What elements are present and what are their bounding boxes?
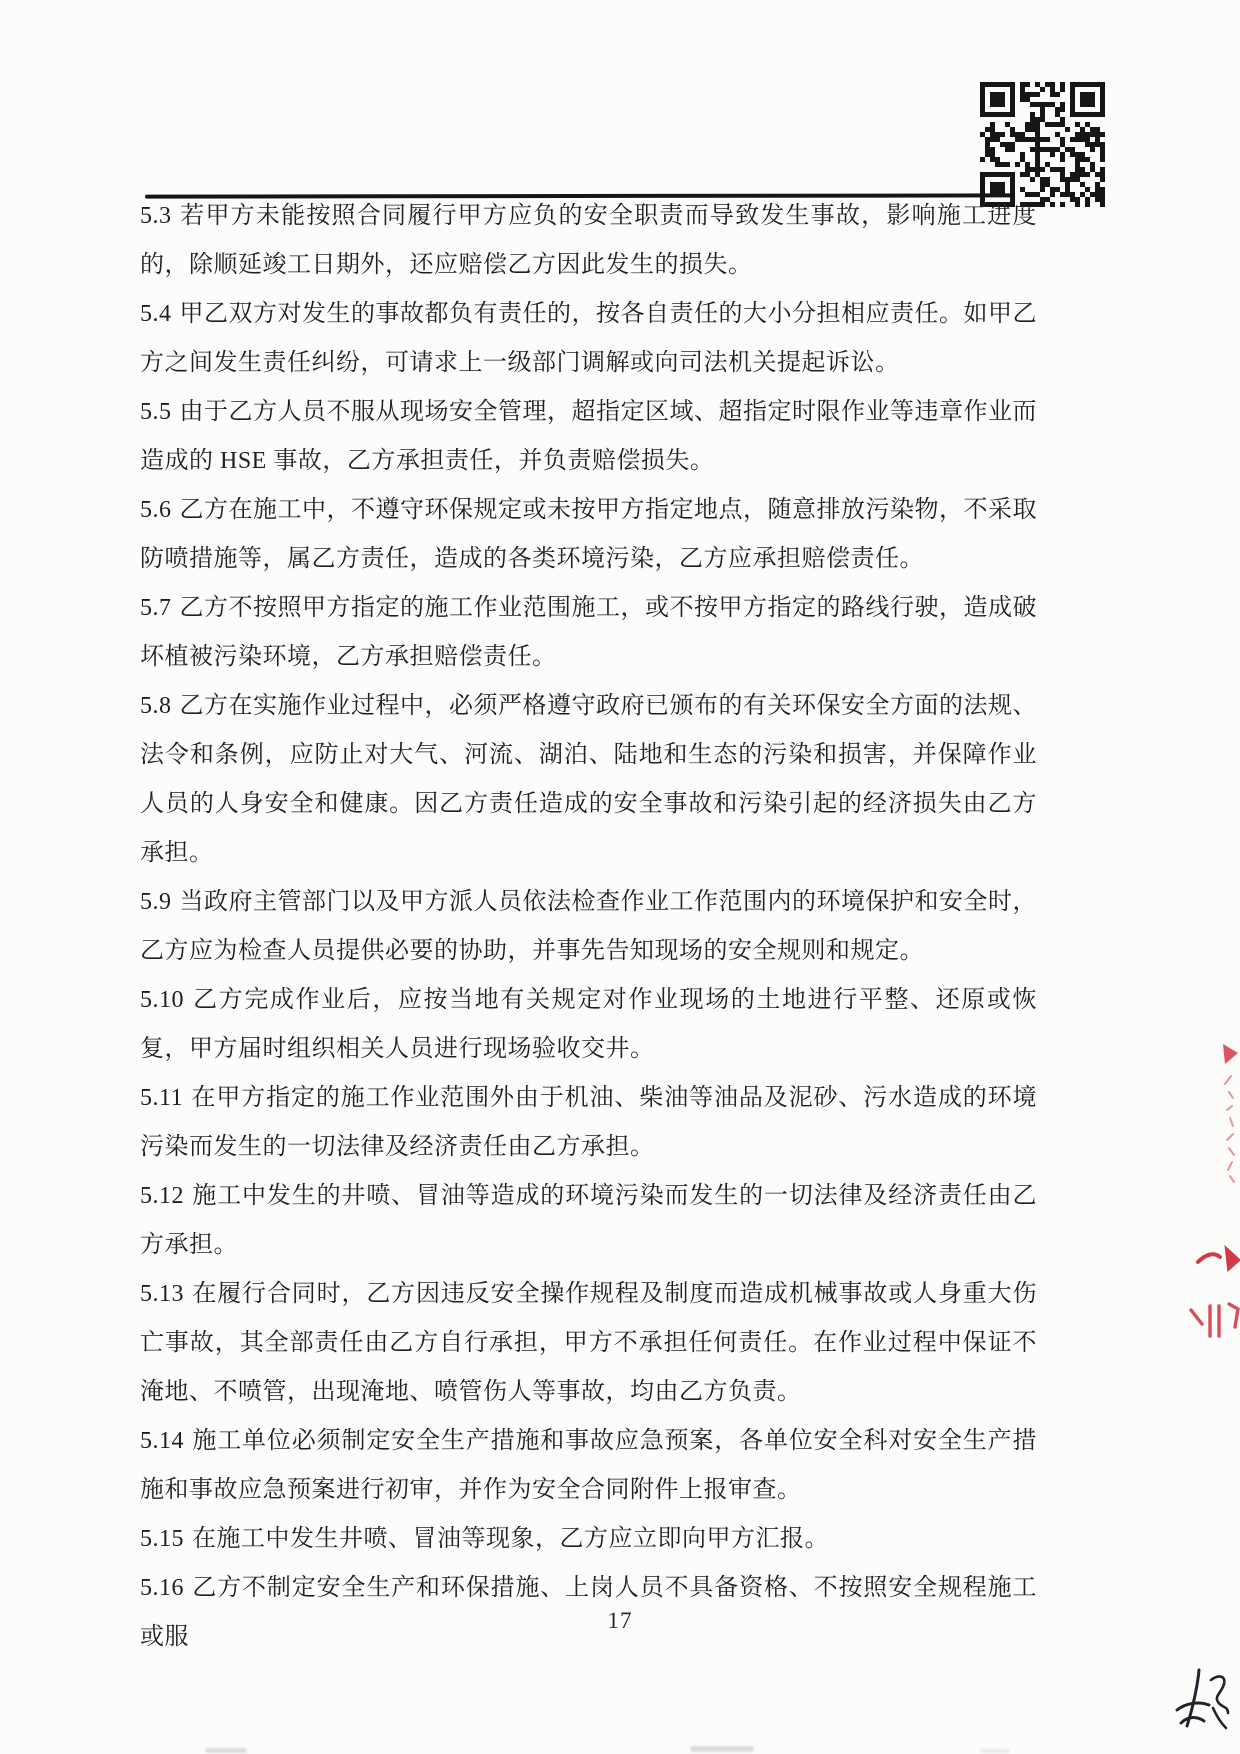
clause-paragraph: 5.11在甲方指定的施工作业范围外由于机油、柴油等油品及泥砂、污水造成的环境污染…	[140, 1074, 1037, 1172]
clause-number: 5.11	[140, 1085, 191, 1111]
clause-number: 5.4	[140, 301, 180, 327]
clause-paragraph: 5.7乙方不按照甲方指定的施工作业范围施工，或不按甲方指定的路线行驶，造成破坏植…	[140, 584, 1037, 682]
clause-paragraph: 5.9当政府主管部门以及甲方派人员依法检查作业工作范围内的环境保护和安全时，乙方…	[140, 878, 1037, 976]
clause-number: 5.8	[140, 693, 180, 719]
qr-code-icon	[980, 82, 1105, 207]
clause-number: 5.10	[140, 987, 192, 1013]
clause-number: 5.5	[140, 399, 180, 425]
scan-smudge	[980, 1749, 1010, 1753]
clause-paragraph: 5.14施工单位必须制定安全生产措施和事故应急预案，各单位安全科对安全生产措施和…	[140, 1417, 1037, 1515]
clause-number: 5.7	[140, 595, 180, 621]
clause-paragraph: 5.10乙方完成作业后，应按当地有关规定对作业现场的土地进行平整、还原或恢复，甲…	[140, 976, 1037, 1074]
clause-paragraph: 5.4甲乙双方对发生的事故都负有责任的，按各自责任的大小分担相应责任。如甲乙方之…	[140, 290, 1037, 388]
scan-smudge	[690, 1746, 754, 1752]
clause-paragraph: 5.3若甲方未能按照合同履行甲方应负的安全职责而导致发生事故，影响施工进度的，除…	[140, 192, 1037, 290]
clause-paragraph: 5.5由于乙方人员不服从现场安全管理，超指定区域、超指定时限作业等违章作业而造成…	[140, 388, 1037, 486]
clause-number: 5.13	[140, 1281, 192, 1307]
page-number: 17	[0, 1608, 1240, 1634]
clause-number: 5.12	[140, 1183, 192, 1209]
clause-paragraph: 5.8乙方在实施作业过程中，必须严格遵守政府已颁布的有关环保安全方面的法规、法令…	[140, 682, 1037, 878]
clause-number: 5.14	[140, 1428, 192, 1454]
red-ink-edge-marks-icon	[1185, 1038, 1240, 1368]
clause-number: 5.16	[140, 1575, 192, 1601]
clause-number: 5.9	[140, 889, 180, 915]
clause-number: 5.3	[140, 203, 180, 229]
clause-number: 5.15	[140, 1526, 192, 1552]
clause-paragraph: 5.13在履行合同时，乙方因违反安全操作规程及制度而造成机械事故或人身重大伤亡事…	[140, 1270, 1037, 1417]
clause-list: 5.3若甲方未能按照合同履行甲方应负的安全职责而导致发生事故，影响施工进度的，除…	[140, 192, 1037, 1662]
signature-icon	[1168, 1666, 1230, 1732]
clause-paragraph: 5.15在施工中发生井喷、冒油等现象，乙方应立即向甲方汇报。	[140, 1515, 1037, 1564]
clause-paragraph: 5.12施工中发生的井喷、冒油等造成的环境污染而发生的一切法律及经济责任由乙方承…	[140, 1172, 1037, 1270]
contract-page: 5.3若甲方未能按照合同履行甲方应负的安全职责而导致发生事故，影响施工进度的，除…	[0, 0, 1240, 1754]
clause-paragraph: 5.6乙方在施工中，不遵守环保规定或未按甲方指定地点，随意排放污染物，不采取防喷…	[140, 486, 1037, 584]
scan-smudge	[205, 1748, 247, 1753]
clause-number: 5.6	[140, 497, 180, 523]
